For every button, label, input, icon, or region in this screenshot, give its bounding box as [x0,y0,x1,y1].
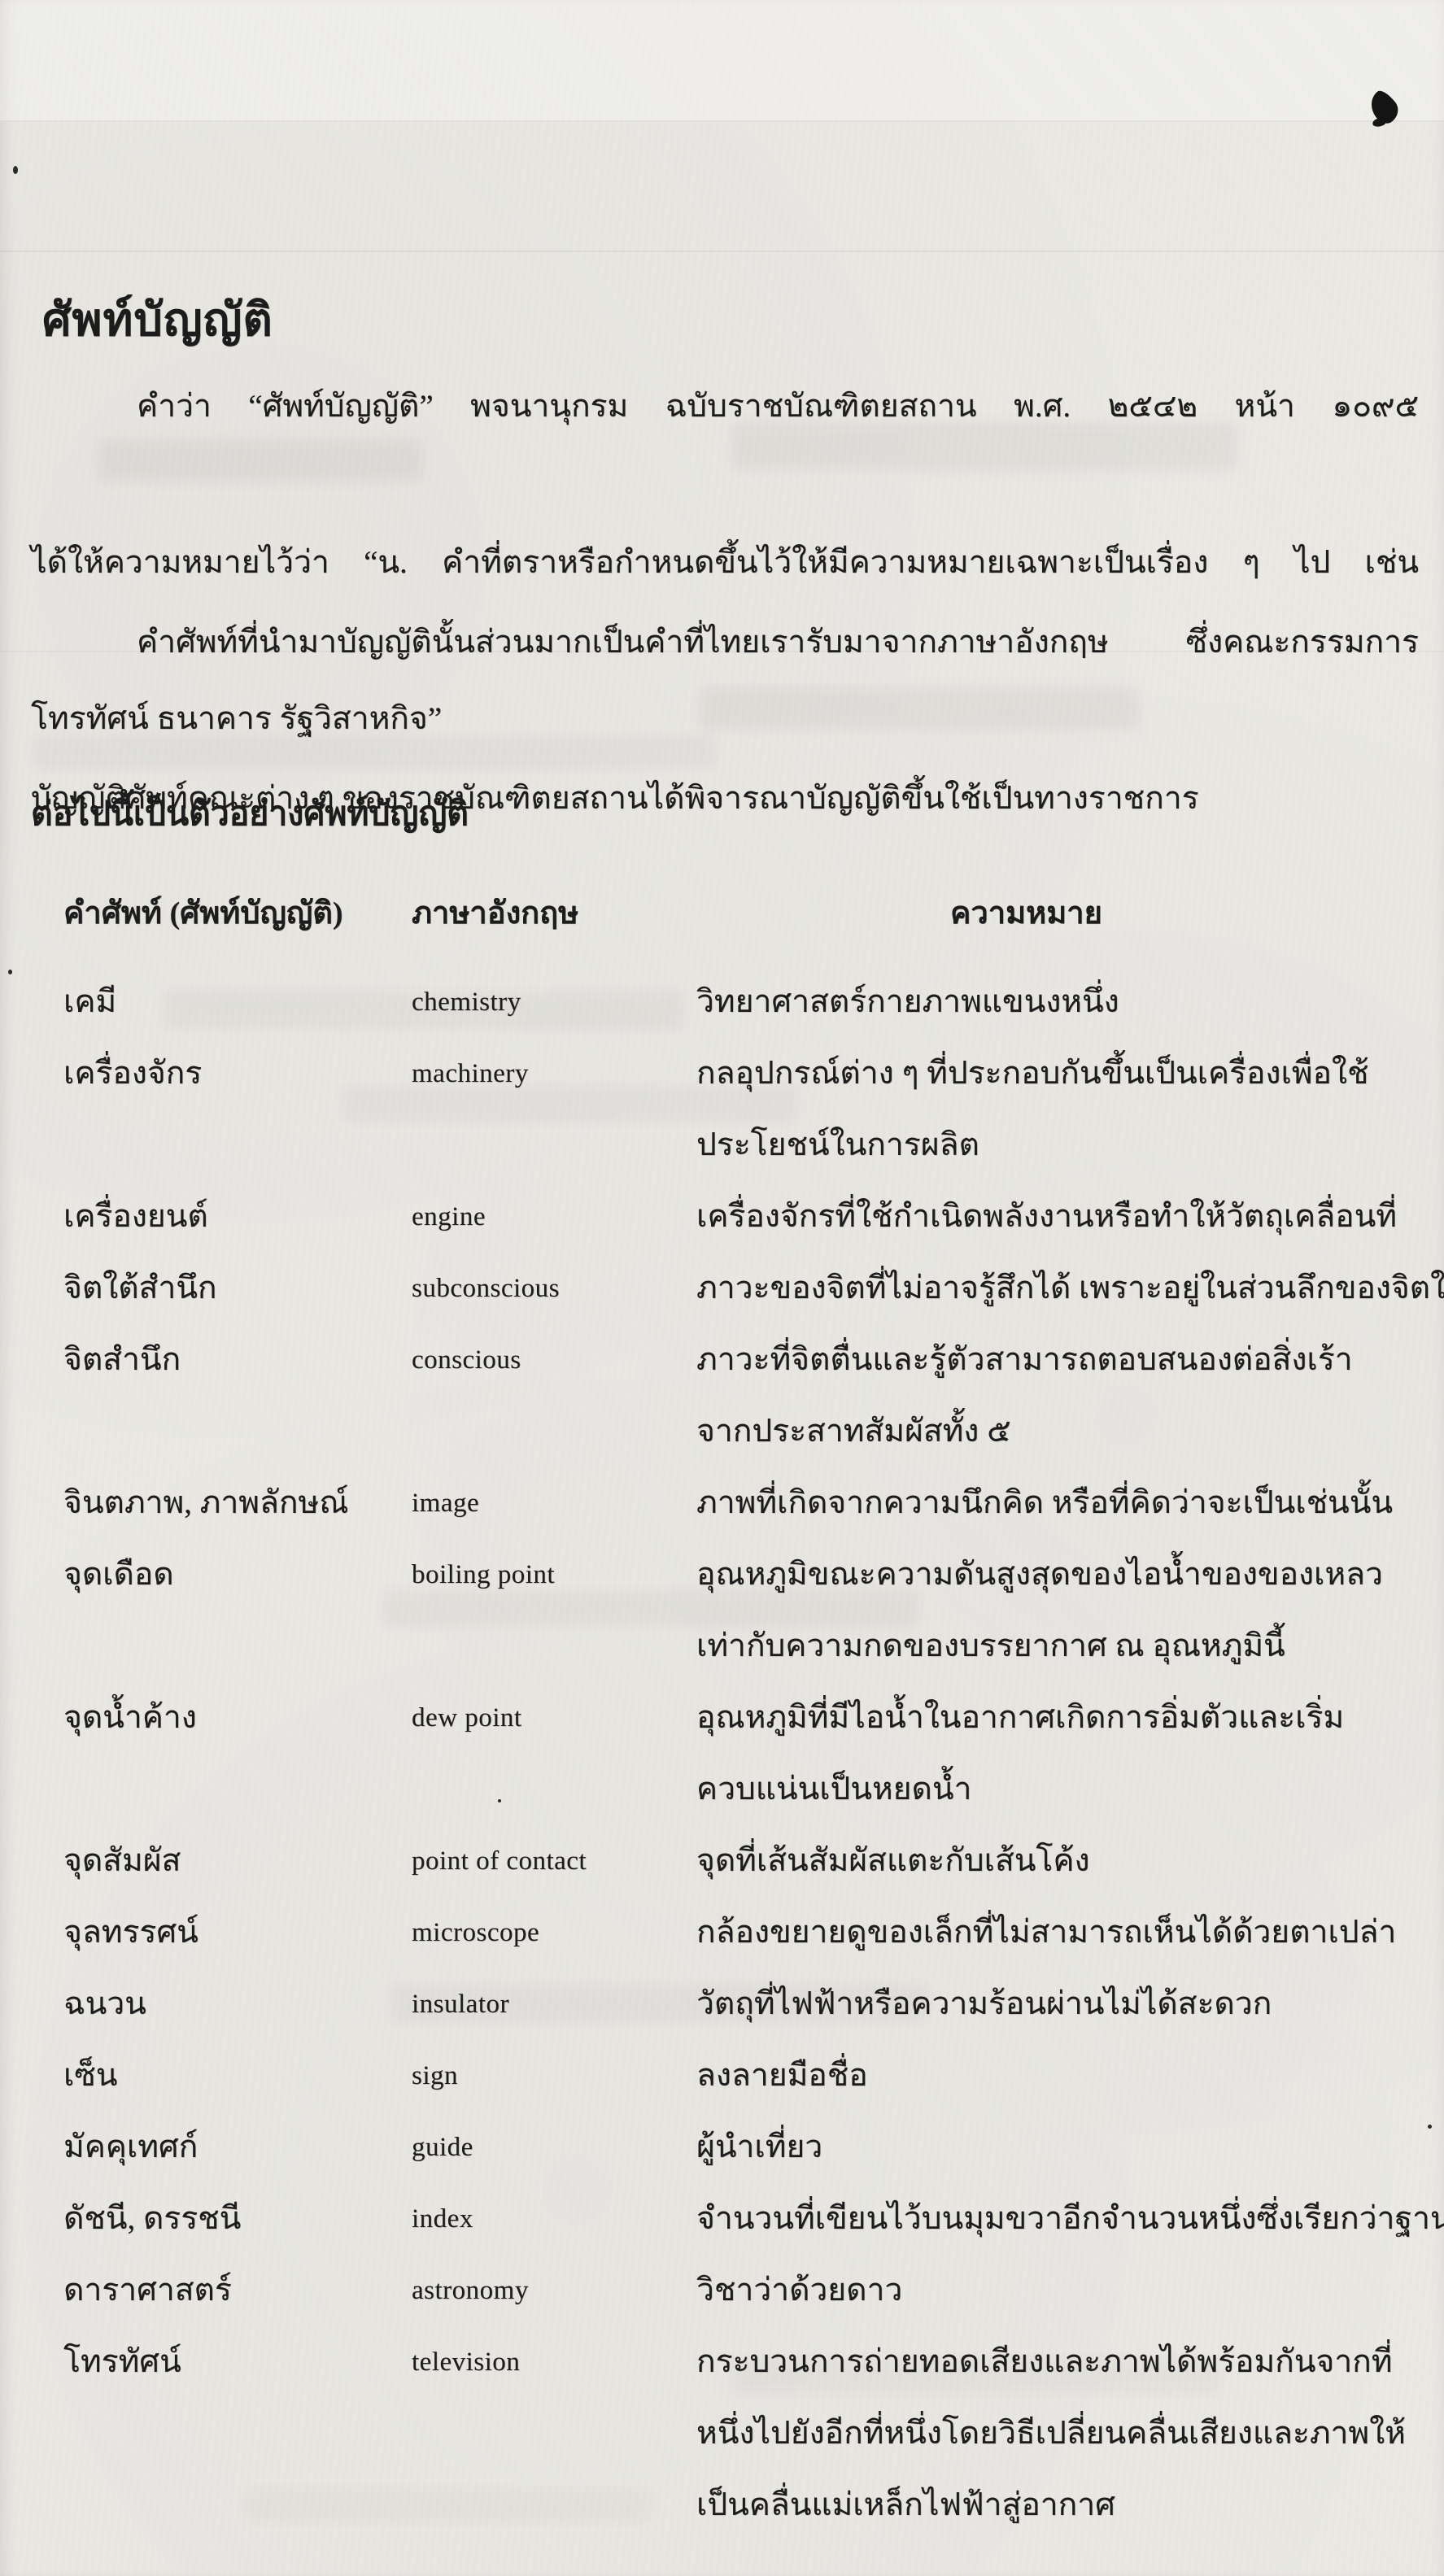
english-cell: boiling point [412,1539,696,1682]
paragraph-line: คำศัพท์ที่นำมาบัญญัตินั้นส่วนมากเป็นคำที… [31,604,1419,760]
table-row: จุลทรรศน์microscopeกล้องขยายดูของเล็กที่… [63,1897,1417,1968]
term-cell: มัคคุเทศก์ [63,2112,412,2183]
scan-top-band [0,0,1444,122]
term-cell: ฉนวน [63,1968,412,2040]
table-row: เคมีchemistryวิทยาศาสตร์กายภาพแขนงหนึ่ง [63,966,1417,1038]
english-cell: machinery [412,1038,696,1181]
meaning-line: ควบแน่นเป็นหยดน้ำ [696,1754,1417,1825]
english-cell: astronomy [412,2255,696,2326]
examples-heading: ต่อไปนี้เป็นตัวอย่างศัพท์บัญญัติ [31,787,469,840]
english-cell: television [412,2326,696,2541]
meaning-line: ภาวะของจิตที่ไม่อาจรู้สึกได้ เพราะอยู่ใน… [696,1253,1444,1324]
term-cell: ดาราศาสตร์ [63,2255,412,2326]
meaning-line: อุณหภูมิขณะความดันสูงสุดของไอน้ำของของเห… [696,1539,1417,1611]
term-cell: จุดสัมผัส [63,1825,412,1897]
english-cell: image [412,1467,696,1539]
meaning-cell: วัตถุที่ไฟฟ้าหรือความร้อนผ่านไม่ได้สะดวก [696,1968,1417,2040]
meaning-cell: ลงลายมือชื่อ [696,2040,1417,2112]
english-cell: guide [412,2112,696,2183]
meaning-cell: ภาพที่เกิดจากความนึกคิด หรือที่คิดว่าจะเ… [696,1467,1417,1539]
meaning-line: ประโยชน์ในการผลิต [696,1109,1417,1181]
page-title: ศัพท์บัญญัติ [42,283,273,355]
table-row: จุดน้ำค้างdew pointอุณหภูมิที่มีไอน้ำในอ… [63,1682,1417,1825]
table-row: จิตใต้สำนึกsubconsciousภาวะของจิตที่ไม่อ… [63,1253,1417,1324]
column-header-english: ภาษาอังกฤษ [412,888,696,939]
scanned-page: ศัพท์บัญญัติ คำว่า “ศัพท์บัญญัติ” พจนานุ… [0,0,1444,2576]
meaning-line: วิชาว่าด้วยดาว [696,2255,1417,2326]
english-cell: dew point [412,1682,696,1825]
table-row: จิตสำนึกconsciousภาวะที่จิตตื่นและรู้ตัว… [63,1324,1417,1467]
english-cell: engine [412,1181,696,1253]
table-row: จุดสัมผัสpoint of contactจุดที่เส้นสัมผั… [63,1825,1417,1897]
meaning-line: จำนวนที่เขียนไว้บนมุมขวาอีกจำนวนหนึ่งซึ่… [696,2183,1444,2255]
meaning-line: ภาพที่เกิดจากความนึกคิด หรือที่คิดว่าจะเ… [696,1467,1417,1539]
term-cell: จุดเดือด [63,1539,412,1682]
meaning-line: เท่ากับความกดของบรรยากาศ ณ อุณหภูมินี้ [696,1611,1417,1682]
ink-speck [1428,2125,1432,2129]
meaning-cell: จุดที่เส้นสัมผัสแตะกับเส้นโค้ง [696,1825,1417,1897]
meaning-cell: กล้องขยายดูของเล็กที่ไม่สามารถเห็นได้ด้ว… [696,1897,1417,1968]
meaning-line: ผู้นำเที่ยว [696,2112,1417,2183]
meaning-line: วิทยาศาสตร์กายภาพแขนงหนึ่ง [696,966,1417,1038]
meaning-cell: ภาวะของจิตที่ไม่อาจรู้สึกได้ เพราะอยู่ใน… [696,1253,1444,1324]
meaning-cell: กลอุปกรณ์ต่าง ๆ ที่ประกอบกันขึ้นเป็นเครื… [696,1038,1417,1181]
ink-speck [13,166,18,174]
english-cell: insulator [412,1968,696,2040]
english-cell: sign [412,2040,696,2112]
table-row: ดัชนี, ดรรชนีindexจำนวนที่เขียนไว้บนมุมข… [63,2183,1417,2255]
terms-table-body: เคมีchemistryวิทยาศาสตร์กายภาพแขนงหนึ่งเ… [63,966,1417,2541]
meaning-line: เป็นคลื่นแม่เหล็กไฟฟ้าสู่อากาศ [696,2469,1417,2541]
table-row: เซ็นsignลงลายมือชื่อ [63,2040,1417,2112]
meaning-cell: จำนวนที่เขียนไว้บนมุมขวาอีกจำนวนหนึ่งซึ่… [696,2183,1444,2255]
table-row: โทรทัศน์televisionกระบวนการถ่ายทอดเสียงแ… [63,2326,1417,2541]
term-cell: โทรทัศน์ [63,2326,412,2541]
english-cell: conscious [412,1324,696,1467]
meaning-cell: ผู้นำเที่ยว [696,2112,1417,2183]
terminology-table: คำศัพท์ (ศัพท์บัญญัติ) ภาษาอังกฤษ ความหม… [63,888,1417,2541]
term-cell: เซ็น [63,2040,412,2112]
term-cell: ดัชนี, ดรรชนี [63,2183,412,2255]
term-cell: จินตภาพ, ภาพลักษณ์ [63,1467,412,1539]
english-cell: point of contact [412,1825,696,1897]
ink-speck [8,970,12,974]
english-cell: microscope [412,1897,696,1968]
scan-seam-line [0,251,1444,252]
paragraph-line: คำว่า “ศัพท์บัญญัติ” พจนานุกรม ฉบับราชบั… [31,368,1419,524]
column-header-term: คำศัพท์ (ศัพท์บัญญัติ) [63,888,412,939]
table-row: ฉนวนinsulatorวัตถุที่ไฟฟ้าหรือความร้อนผ่… [63,1968,1417,2040]
meaning-line: ลงลายมือชื่อ [696,2040,1417,2112]
meaning-cell: อุณหภูมิขณะความดันสูงสุดของไอน้ำของของเห… [696,1539,1417,1682]
term-cell: จิตใต้สำนึก [63,1253,412,1324]
term-cell: จิตสำนึก [63,1324,412,1467]
meaning-cell: กระบวนการถ่ายทอดเสียงและภาพได้พร้อมกันจา… [696,2326,1417,2541]
meaning-line: จุดที่เส้นสัมผัสแตะกับเส้นโค้ง [696,1825,1417,1897]
meaning-cell: เครื่องจักรที่ใช้กำเนิดพลังงานหรือทำให้ว… [696,1181,1417,1253]
meaning-line: ภาวะที่จิตตื่นและรู้ตัวสามารถตอบสนองต่อส… [696,1324,1417,1396]
meaning-line: จากประสาทสัมผัสทั้ง ๕ [696,1396,1417,1467]
meaning-line: กลอุปกรณ์ต่าง ๆ ที่ประกอบกันขึ้นเป็นเครื… [696,1038,1417,1109]
table-row: เครื่องยนต์engineเครื่องจักรที่ใช้กำเนิด… [63,1181,1417,1253]
term-cell: จุลทรรศน์ [63,1897,412,1968]
table-header-row: คำศัพท์ (ศัพท์บัญญัติ) ภาษาอังกฤษ ความหม… [63,888,1417,939]
term-cell: เคมี [63,966,412,1038]
meaning-line: วัตถุที่ไฟฟ้าหรือความร้อนผ่านไม่ได้สะดวก [696,1968,1417,2040]
term-cell: จุดน้ำค้าง [63,1682,412,1825]
meaning-cell: ภาวะที่จิตตื่นและรู้ตัวสามารถตอบสนองต่อส… [696,1324,1417,1467]
english-cell: chemistry [412,966,696,1038]
meaning-line: กระบวนการถ่ายทอดเสียงและภาพได้พร้อมกันจา… [696,2326,1417,2398]
english-cell: subconscious [412,1253,696,1324]
meaning-line: อุณหภูมิที่มีไอน้ำในอากาศเกิดการอิ่มตัวแ… [696,1682,1417,1754]
table-row: จินตภาพ, ภาพลักษณ์imageภาพที่เกิดจากความ… [63,1467,1417,1539]
column-header-meaning: ความหมาย [696,888,1417,939]
meaning-line: กล้องขยายดูของเล็กที่ไม่สามารถเห็นได้ด้ว… [696,1897,1417,1968]
meaning-line: หนึ่งไปยังอีกที่หนึ่งโดยวิธีเปลี่ยนคลื่น… [696,2398,1417,2469]
meaning-cell: วิทยาศาสตร์กายภาพแขนงหนึ่ง [696,966,1417,1038]
table-row: จุดเดือดboiling pointอุณหภูมิขณะความดันส… [63,1539,1417,1682]
term-cell: เครื่องจักร [63,1038,412,1181]
english-cell: index [412,2183,696,2255]
table-row: ดาราศาสตร์astronomyวิชาว่าด้วยดาว [63,2255,1417,2326]
meaning-cell: วิชาว่าด้วยดาว [696,2255,1417,2326]
meaning-line: เครื่องจักรที่ใช้กำเนิดพลังงานหรือทำให้ว… [696,1181,1417,1253]
table-row: เครื่องจักรmachineryกลอุปกรณ์ต่าง ๆ ที่ป… [63,1038,1417,1181]
meaning-cell: อุณหภูมิที่มีไอน้ำในอากาศเกิดการอิ่มตัวแ… [696,1682,1417,1825]
term-cell: เครื่องยนต์ [63,1181,412,1253]
table-row: มัคคุเทศก์guideผู้นำเที่ยว [63,2112,1417,2183]
